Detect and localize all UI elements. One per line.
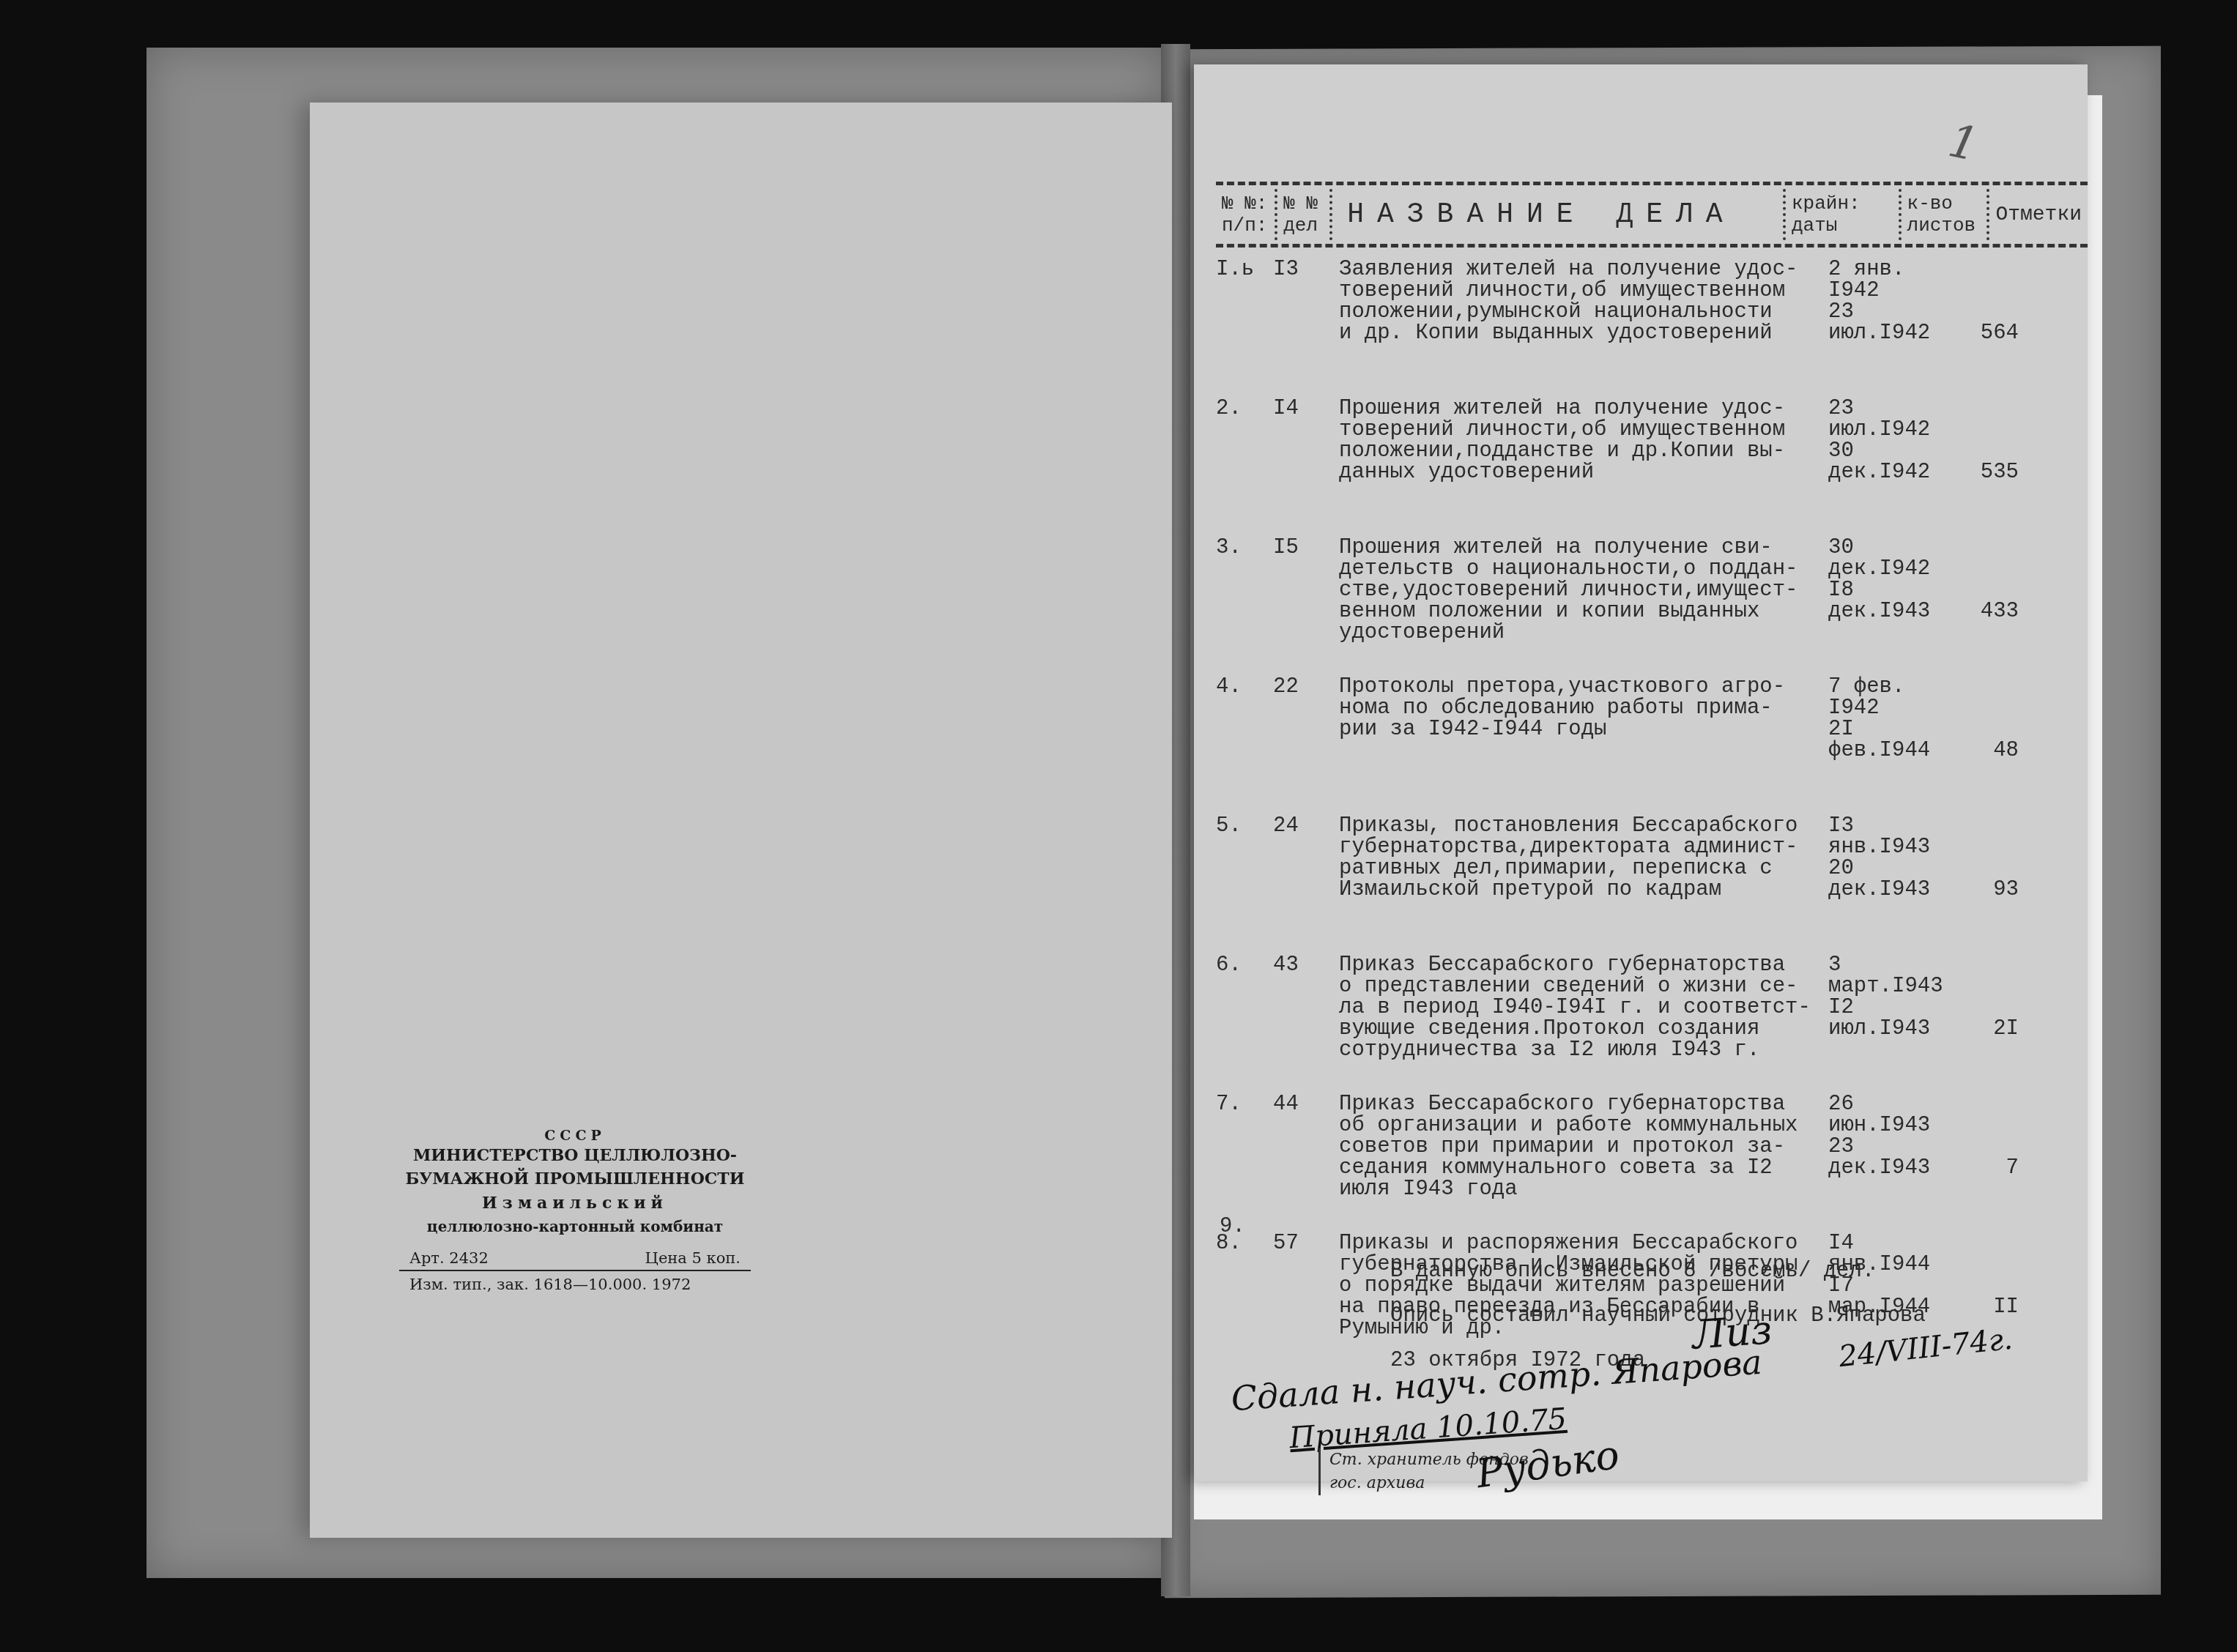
imprint-plant-line2: целлюлозно-картонный комбинат — [399, 1216, 751, 1238]
table-row: 3. I5 Прошения жителей на получение сви-… — [1216, 537, 2080, 647]
header-col-file-l1: № № — [1283, 193, 1324, 215]
entry-sheets: 93 — [1967, 879, 2019, 900]
entry-title: Протоколы претора,участкового агро- нома… — [1339, 676, 1815, 786]
entry-file-number: I4 — [1273, 398, 1339, 507]
imprint-ministry-line2: БУМАЖНОЙ ПРОМЫШЛЕННОСТИ — [399, 1167, 751, 1191]
entry-title: Прошения жителей на получение удос- тове… — [1339, 398, 1815, 507]
inventory-entries: I.ь I3 Заявления жителей на получение уд… — [1216, 258, 2080, 1372]
table-row: 5. 24 Приказы, постановления Бессарабско… — [1216, 815, 2080, 925]
header-col-file: № № дел — [1277, 189, 1332, 240]
table-row: 6. 43 Приказ Бессарабского губернаторств… — [1216, 954, 2080, 1064]
entry-title: Прошения жителей на получение сви- детел… — [1339, 537, 1815, 647]
publisher-imprint: СССР МИНИСТЕРСТВО ЦЕЛЛЮЛОЗНО- БУМАЖНОЙ П… — [399, 1128, 751, 1298]
imprint-ussr: СССР — [399, 1128, 751, 1144]
entry-sheets: 564 — [1967, 322, 2019, 343]
entry-file-number: 24 — [1273, 815, 1339, 925]
imprint-plant-line1: Измаильский — [399, 1191, 751, 1216]
next-entry-number: 9. — [1220, 1214, 2080, 1238]
header-col-notes: Отметки — [1989, 189, 2088, 240]
inventory-sheet: 1 № №: п/п: № № дел НАЗВАНИЕ ДЕЛА крайн:… — [1194, 64, 2088, 1481]
table-row: 7. 44 Приказ Бессарабского губернаторств… — [1216, 1093, 2080, 1203]
entry-title: Приказ Бессарабского губернаторства об о… — [1339, 1093, 1815, 1203]
entry-dates: 3 март.I943 I2 июл.I943 — [1828, 954, 1967, 1039]
entry-title: Приказы, постановления Бессарабского губ… — [1339, 815, 1815, 925]
imprint-meta: Арт. 2432 Цена 5 коп. — [399, 1249, 751, 1271]
imprint-article: Арт. 2432 — [409, 1249, 489, 1267]
table-header: № №: п/п: № № дел НАЗВАНИЕ ДЕЛА крайн: д… — [1216, 182, 2088, 248]
header-col-file-l2: дел — [1283, 215, 1324, 237]
entry-number: 5. — [1216, 815, 1273, 925]
entry-sheets: 7 — [1967, 1157, 2019, 1178]
entry-sheets: 535 — [1967, 461, 2019, 483]
entry-file-number: 43 — [1273, 954, 1339, 1064]
header-col-number: № №: п/п: — [1216, 189, 1277, 240]
entry-sheets: 2I — [1967, 1018, 2019, 1039]
summary-line: В данную опись внесено 8 /восемь/ дел. — [1390, 1259, 2080, 1283]
header-col-dates-l2: даты — [1792, 215, 1893, 237]
imprint-ministry-line1: МИНИСТЕРСТВО ЦЕЛЛЮЛОЗНО- — [399, 1144, 751, 1167]
entry-number: 2. — [1216, 398, 1273, 507]
entry-file-number: 44 — [1273, 1093, 1339, 1203]
table-row: I.ь I3 Заявления жителей на получение уд… — [1216, 258, 2080, 368]
table-row: 4. 22 Протоколы претора,участкового агро… — [1216, 676, 2080, 786]
imprint-price: Цена 5 коп. — [645, 1249, 741, 1267]
entry-number: 7. — [1216, 1093, 1273, 1203]
entry-dates: I3 янв.I943 20 дек.I943 — [1828, 815, 1967, 900]
header-col-number-l2: п/п: — [1222, 215, 1269, 237]
header-col-dates-l1: крайн: — [1792, 193, 1893, 215]
entry-dates: 26 июн.I943 23 дек.I943 — [1828, 1093, 1967, 1178]
header-col-sheets: к-во листов — [1902, 189, 1990, 240]
header-col-dates: крайн: даты — [1786, 189, 1902, 240]
entry-file-number: I5 — [1273, 537, 1339, 647]
entry-dates: 23 июл.I942 30 дек.I942 — [1828, 398, 1967, 483]
entry-number: 6. — [1216, 954, 1273, 1064]
header-col-title: НАЗВАНИЕ ДЕЛА — [1332, 189, 1786, 240]
entry-title: Заявления жителей на получение удос- тов… — [1339, 258, 1815, 368]
entry-number: I.ь — [1216, 258, 1273, 368]
left-endpaper — [310, 103, 1172, 1538]
entry-file-number: 22 — [1273, 676, 1339, 786]
entry-dates: 30 дек.I942 I8 дек.I943 — [1828, 537, 1967, 622]
table-row: 2. I4 Прошения жителей на получение удос… — [1216, 398, 2080, 507]
entry-dates: 7 фев. I942 2I фев.I944 — [1828, 676, 1967, 761]
header-col-number-l1: № №: — [1222, 193, 1269, 215]
entry-dates: 2 янв. I942 23 июл.I942 — [1828, 258, 1967, 343]
entry-sheets: 48 — [1967, 740, 2019, 761]
header-col-sheets-l2: листов — [1907, 215, 1981, 237]
entry-number: 3. — [1216, 537, 1273, 647]
entry-number: 4. — [1216, 676, 1273, 786]
folio-number: 1 — [1943, 114, 1983, 172]
entry-sheets: 433 — [1967, 600, 2019, 622]
entry-title: Приказ Бессарабского губернаторства о пр… — [1339, 954, 1815, 1064]
header-col-sheets-l1: к-во — [1907, 193, 1981, 215]
imprint-print-info: Изм. тип., зак. 1618—10.000. 1972 — [399, 1271, 751, 1298]
entry-file-number: I3 — [1273, 258, 1339, 368]
